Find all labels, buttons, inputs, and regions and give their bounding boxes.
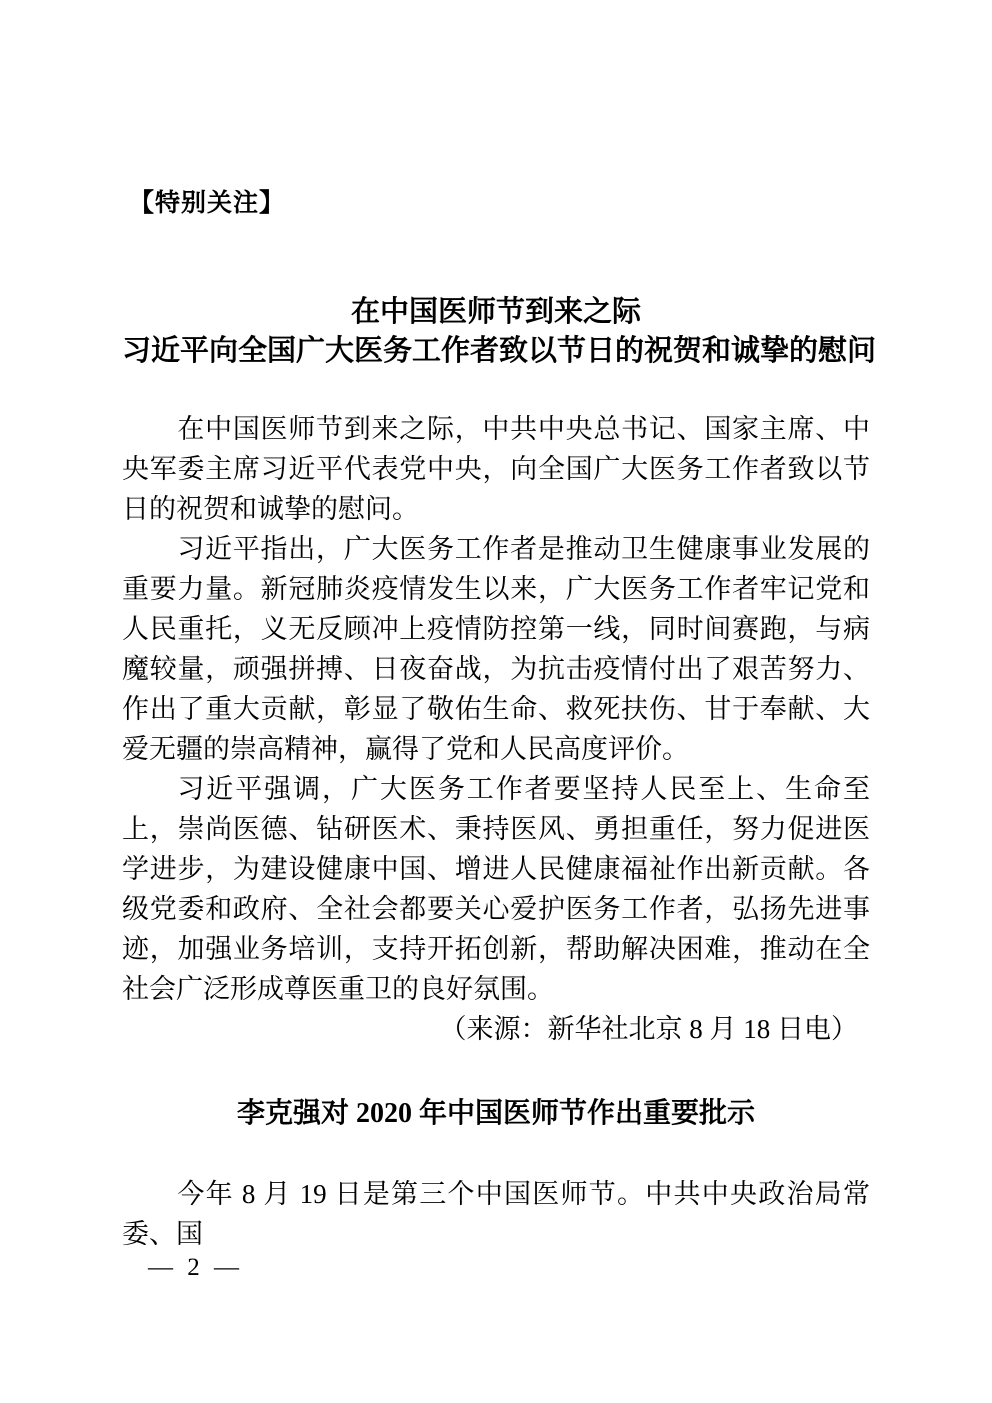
article1-title-line2: 习近平向全国广大医务工作者致以节日的祝贺和诚挚的慰问 xyxy=(122,332,870,371)
article2-paragraph-1: 今年 8 月 19 日是第三个中国医师节。中共中央政治局常委、国 xyxy=(122,1174,870,1254)
section-label: 【特别关注】 xyxy=(129,183,285,219)
article1-paragraph-3: 习近平强调，广大医务工作者要坚持人民至上、生命至上，崇尚医德、钻研医术、秉持医风… xyxy=(122,769,870,1009)
article1-body: 在中国医师节到来之际，中共中央总书记、国家主席、中央军委主席习近平代表党中央，向… xyxy=(122,409,870,1049)
article2-title: 李克强对 2020 年中国医师节作出重要批示 xyxy=(122,1096,870,1132)
page-number: — 2 — xyxy=(148,1254,243,1282)
article1-source-line: （来源：新华社北京 8 月 18 日电） xyxy=(122,1009,870,1049)
article1-paragraph-2: 习近平指出，广大医务工作者是推动卫生健康事业发展的重要力量。新冠肺炎疫情发生以来… xyxy=(122,529,870,769)
article1-paragraph-1: 在中国医师节到来之际，中共中央总书记、国家主席、中央军委主席习近平代表党中央，向… xyxy=(122,409,870,529)
article1-title: 在中国医师节到来之际 习近平向全国广大医务工作者致以节日的祝贺和诚挚的慰问 xyxy=(122,293,870,371)
article2-body: 今年 8 月 19 日是第三个中国医师节。中共中央政治局常委、国 xyxy=(122,1174,870,1254)
article1-title-line1: 在中国医师节到来之际 xyxy=(122,293,870,332)
document-page: 【特别关注】 在中国医师节到来之际 习近平向全国广大医务工作者致以节日的祝贺和诚… xyxy=(0,0,992,1403)
